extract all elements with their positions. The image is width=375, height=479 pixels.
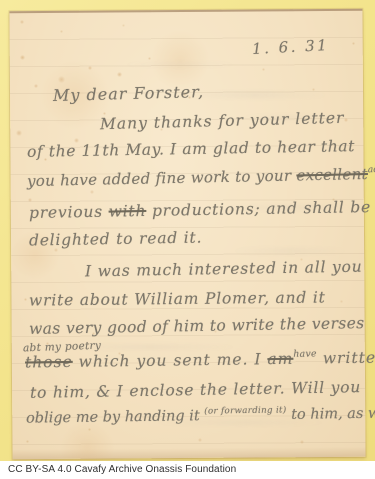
license-text: CC BY-SA 4.0 Cavafy Archive Onassis Foun… (8, 464, 236, 475)
letter-paper (9, 9, 365, 459)
license-bar: CC BY-SA 4.0 Cavafy Archive Onassis Foun… (0, 461, 375, 479)
letter-segment-sup: admirable (368, 164, 375, 175)
scanned-letter-page: 1. 6. 31My dear Forster,Many thanks for … (0, 0, 375, 479)
